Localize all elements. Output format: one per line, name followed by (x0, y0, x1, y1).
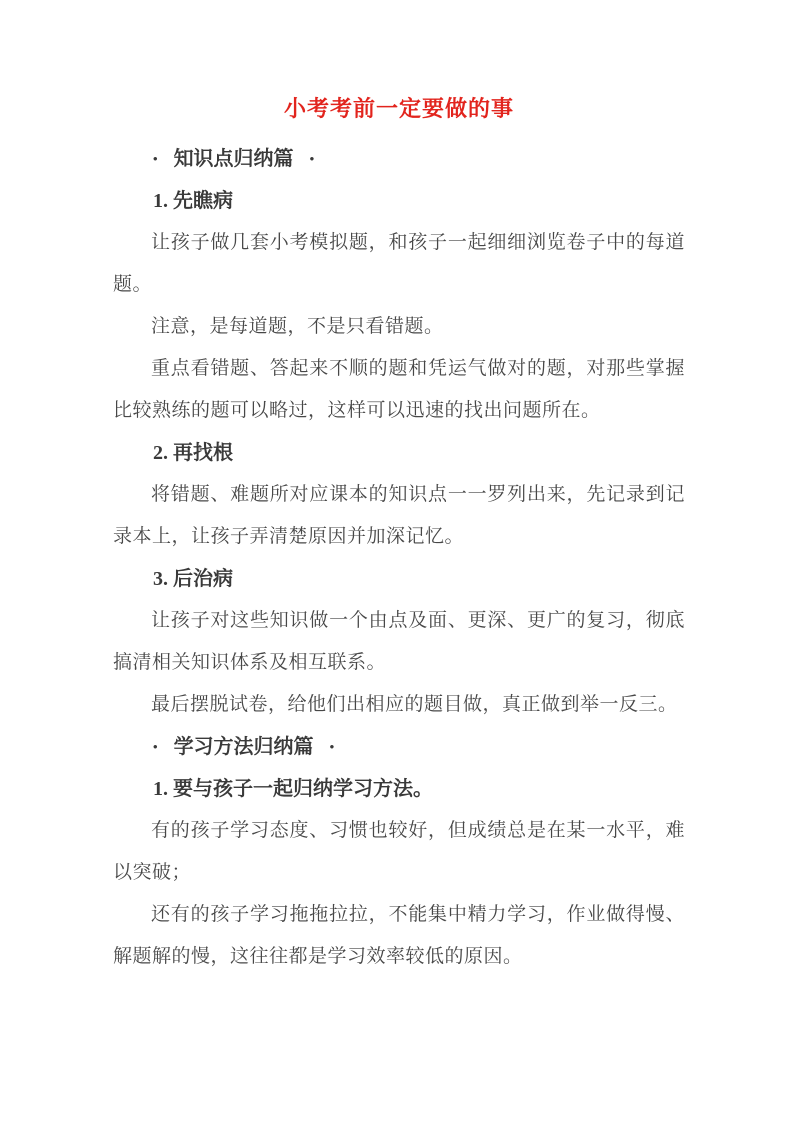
body-paragraph: 重点看错题、答起来不顺的题和凭运气做对的题，对那些掌握比较熟练的题可以略过，这样… (113, 348, 685, 432)
document-page: 小考考前一定要做的事 •知识点归纳篇•1. 先瞧病让孩子做几套小考模拟题，和孩子… (0, 0, 793, 1122)
body-paragraph: 还有的孩子学习拖拖拉拉，不能集中精力学习，作业做得慢、解题解的慢，这往往都是学习… (113, 894, 685, 978)
section-title: 知识点归纳篇 (174, 148, 294, 170)
section-title: 学习方法归纳篇 (174, 736, 314, 758)
sub-heading: 3. 后治病 (113, 558, 685, 600)
sub-heading: 1. 要与孩子一起归纳学习方法。 (113, 768, 685, 810)
bullet-dot-icon: • (310, 151, 315, 166)
document-title: 小考考前一定要做的事 (113, 88, 685, 130)
body-paragraph: 让孩子对这些知识做一个由点及面、更深、更广的复习，彻底搞清相关知识体系及相互联系… (113, 600, 685, 684)
section-header: •知识点归纳篇• (113, 138, 685, 180)
document-sections: •知识点归纳篇•1. 先瞧病让孩子做几套小考模拟题，和孩子一起细细浏览卷子中的每… (113, 138, 685, 978)
bullet-dot-icon: • (153, 151, 158, 166)
bullet-dot-icon: • (330, 739, 335, 754)
body-paragraph: 注意，是每道题，不是只看错题。 (113, 306, 685, 348)
document-body: 小考考前一定要做的事 •知识点归纳篇•1. 先瞧病让孩子做几套小考模拟题，和孩子… (0, 0, 793, 978)
body-paragraph: 让孩子做几套小考模拟题，和孩子一起细细浏览卷子中的每道题。 (113, 222, 685, 306)
body-paragraph: 最后摆脱试卷，给他们出相应的题目做，真正做到举一反三。 (113, 684, 685, 726)
section-header: •学习方法归纳篇• (113, 726, 685, 768)
body-paragraph: 有的孩子学习态度、习惯也较好，但成绩总是在某一水平，难以突破； (113, 810, 685, 894)
bullet-dot-icon: • (153, 739, 158, 754)
body-paragraph: 将错题、难题所对应课本的知识点一一罗列出来，先记录到记录本上，让孩子弄清楚原因并… (113, 474, 685, 558)
sub-heading: 1. 先瞧病 (113, 180, 685, 222)
sub-heading: 2. 再找根 (113, 432, 685, 474)
